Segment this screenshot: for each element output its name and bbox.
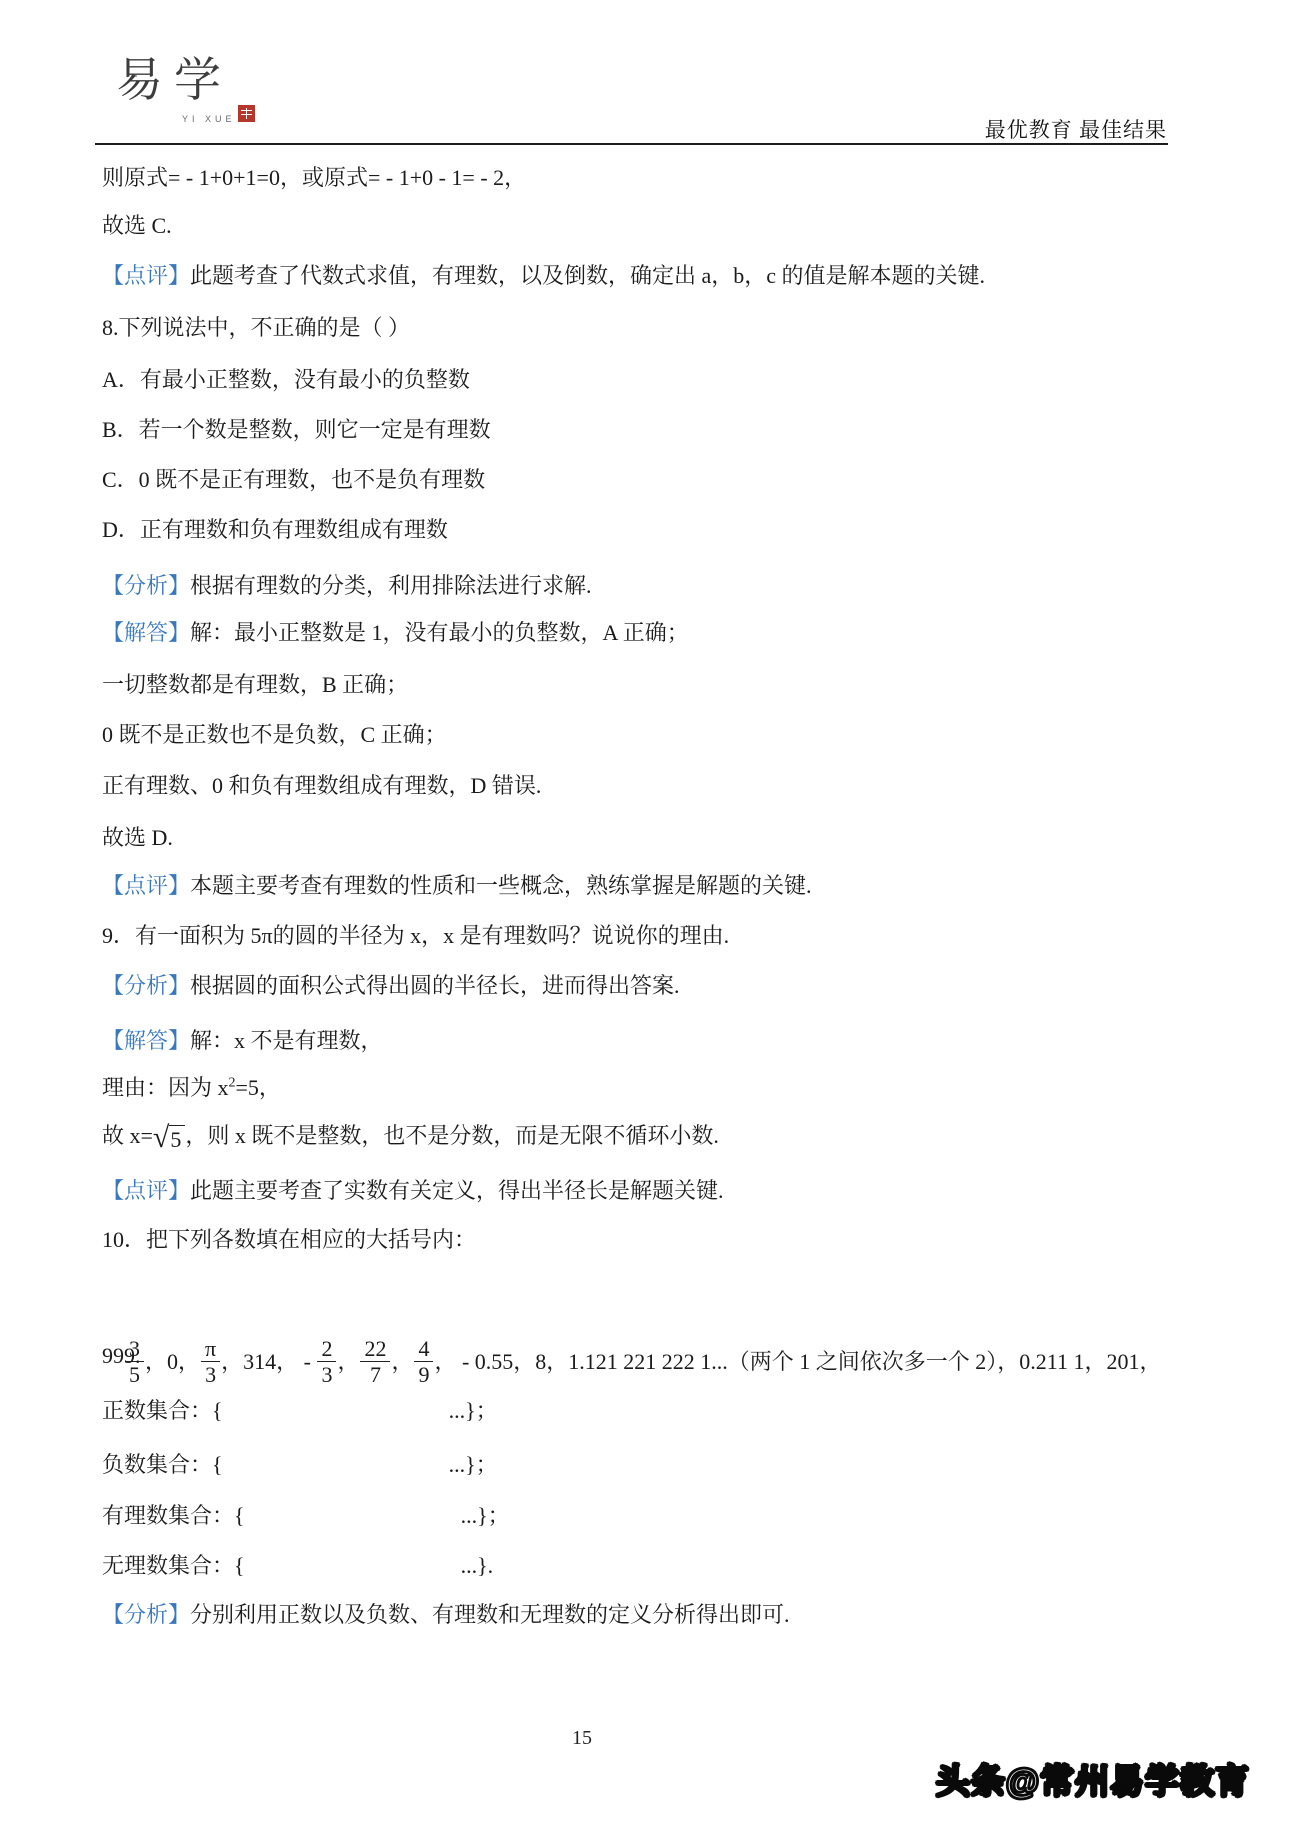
question-8-title: 8.下列说法中，不正确的是（ ） <box>102 314 410 341</box>
rational-set-line: 有理数集合：{...}； <box>102 1502 510 1529</box>
text: 故选 D. <box>102 825 173 850</box>
radicand: 5 <box>169 1125 185 1152</box>
set-label: 负数集合：{ <box>102 1452 223 1477</box>
fraction-2-3: 23 <box>317 1337 336 1388</box>
text: 8.下列说法中，不正确的是（ ） <box>102 315 410 340</box>
text: 则原式= - 1+0+1=0，或原式= - 1+0 - 1= - 2， <box>102 165 526 190</box>
set-label: 无理数集合：{ <box>102 1553 245 1578</box>
document-page: 易学 YI XUE 最优教育 最佳结果 则原式= - 1+0+1=0，或原式= … <box>0 0 1290 1825</box>
comment-label: 【点评】 <box>102 1178 190 1203</box>
analysis-label: 【分析】 <box>102 1602 190 1627</box>
comment-label: 【点评】 <box>102 873 190 898</box>
set-tail: ...}； <box>449 1398 498 1423</box>
text: ，0， <box>145 1349 200 1374</box>
set-label: 正数集合：{ <box>102 1398 223 1423</box>
option-a: A．有最小正整数，没有最小的负整数 <box>102 366 470 393</box>
text: ，则 x 既不是整数，也不是分数，而是无限不循环小数. <box>185 1123 719 1148</box>
text: ， - 0.55，8，1.121 221 222 1...（两个 1 之间依次多… <box>434 1349 1161 1374</box>
red-seal-icon <box>238 105 255 122</box>
option-b: B．若一个数是整数，则它一定是有理数 <box>102 416 491 443</box>
square-root: √5 <box>153 1125 185 1152</box>
numbers-list-line: 35，0，π3，314， - 23，227，49， - 0.55，8，1.121… <box>102 1266 1162 1458</box>
numbers-list-continued: 999. <box>102 1342 141 1369</box>
text: ，314， - <box>221 1349 316 1374</box>
text: 一切整数都是有理数，B 正确； <box>102 672 408 697</box>
text: 0 既不是正数也不是负数，C 正确； <box>102 722 447 747</box>
logo-wordmark: 易学 <box>116 58 276 105</box>
comment-line: 【点评】此题考查了代数式求值，有理数，以及倒数，确定出 a，b，c 的值是解本题… <box>102 262 985 289</box>
solution-line: 0 既不是正数也不是负数，C 正确； <box>102 721 447 748</box>
radical-sign: √ <box>153 1125 169 1152</box>
set-tail: ...}. <box>461 1553 494 1578</box>
solution-line: 则原式= - 1+0+1=0，或原式= - 1+0 - 1= - 2， <box>102 164 526 191</box>
sqrt-line: 故 x=√5，则 x 既不是整数，也不是分数，而是无限不循环小数. <box>102 1122 719 1152</box>
solution-line: 正有理数、0 和负有理数组成有理数，D 错误. <box>102 772 541 799</box>
page-number: 15 <box>552 1727 612 1750</box>
text: 理由：因为 x <box>102 1075 229 1100</box>
fraction-4-9: 49 <box>414 1337 433 1388</box>
text: 此题考查了代数式求值，有理数，以及倒数，确定出 a，b，c 的值是解本题的关键. <box>190 263 985 288</box>
text: ， <box>337 1349 359 1374</box>
fraction-22-7: 227 <box>360 1337 390 1388</box>
option-d: D．正有理数和负有理数组成有理数 <box>102 516 448 543</box>
irrational-set-line: 无理数集合：{...}. <box>102 1552 493 1579</box>
yixue-logo: 易学 YI XUE <box>116 58 276 138</box>
reason-line: 理由：因为 x2=5， <box>102 1074 281 1101</box>
analysis-line: 【分析】根据圆的面积公式得出圆的半径长，进而得出答案. <box>102 972 680 999</box>
text: 10．把下列各数填在相应的大括号内： <box>102 1227 476 1252</box>
answer-line: 【解答】解：最小正整数是 1，没有最小的负整数，A 正确； <box>102 619 689 646</box>
text: 解：x 不是有理数， <box>190 1028 383 1053</box>
negative-set-line: 负数集合：{...}； <box>102 1451 498 1478</box>
text: 故 x= <box>102 1123 153 1148</box>
text: 9．有一面积为 5π的圆的半径为 x，x 是有理数吗？说说你的理由. <box>102 923 729 948</box>
positive-set-line: 正数集合：{...}； <box>102 1397 498 1424</box>
text: 正有理数、0 和负有理数组成有理数，D 错误. <box>102 773 541 798</box>
question-9-title: 9．有一面积为 5π的圆的半径为 x，x 是有理数吗？说说你的理由. <box>102 922 729 949</box>
text: C．0 既不是正有理数，也不是负有理数 <box>102 467 485 492</box>
comment-line: 【点评】此题主要考查了实数有关定义，得出半径长是解题关键. <box>102 1177 724 1204</box>
exponent: 2 <box>229 1076 236 1091</box>
text: 根据有理数的分类，利用排除法进行求解. <box>190 573 592 598</box>
text: =5， <box>236 1075 281 1100</box>
comment-label: 【点评】 <box>102 263 190 288</box>
set-tail: ...}； <box>449 1452 498 1477</box>
answer-label: 【解答】 <box>102 620 190 645</box>
text: D．正有理数和负有理数组成有理数 <box>102 517 448 542</box>
header-divider <box>95 143 1168 145</box>
text: 本题主要考查有理数的性质和一些概念，熟练掌握是解题的关键. <box>190 873 812 898</box>
set-tail: ...}； <box>461 1503 510 1528</box>
text: 999. <box>102 1343 141 1368</box>
text: 分别利用正数以及负数、有理数和无理数的定义分析得出即可. <box>190 1602 790 1627</box>
solution-line: 一切整数都是有理数，B 正确； <box>102 671 408 698</box>
text: 故选 C. <box>102 213 172 238</box>
text: ， <box>391 1349 413 1374</box>
analysis-line: 【分析】分别利用正数以及负数、有理数和无理数的定义分析得出即可. <box>102 1601 790 1628</box>
question-10-title: 10．把下列各数填在相应的大括号内： <box>102 1226 476 1253</box>
comment-line: 【点评】本题主要考查有理数的性质和一些概念，熟练掌握是解题的关键. <box>102 872 812 899</box>
text: 解：最小正整数是 1，没有最小的负整数，A 正确； <box>190 620 689 645</box>
answer-choice-line: 故选 D. <box>102 824 173 851</box>
answer-label: 【解答】 <box>102 1028 190 1053</box>
text: 此题主要考查了实数有关定义，得出半径长是解题关键. <box>190 1178 724 1203</box>
text: B．若一个数是整数，则它一定是有理数 <box>102 417 491 442</box>
fraction-pi-3: π3 <box>201 1337 220 1388</box>
answer-line: 【解答】解：x 不是有理数， <box>102 1027 383 1054</box>
answer-choice-line: 故选 C. <box>102 212 172 239</box>
set-label: 有理数集合：{ <box>102 1503 245 1528</box>
analysis-label: 【分析】 <box>102 973 190 998</box>
analysis-label: 【分析】 <box>102 573 190 598</box>
option-c: C．0 既不是正有理数，也不是负有理数 <box>102 466 485 493</box>
text: 根据圆的面积公式得出圆的半径长，进而得出答案. <box>190 973 680 998</box>
analysis-line: 【分析】根据有理数的分类，利用排除法进行求解. <box>102 572 592 599</box>
toutiao-watermark: 头条@常州易学教育 <box>936 1754 1250 1803</box>
header-slogan: 最优教育 最佳结果 <box>985 114 1167 144</box>
text: A．有最小正整数，没有最小的负整数 <box>102 367 470 392</box>
logo-subtitle: YI XUE <box>182 114 236 124</box>
